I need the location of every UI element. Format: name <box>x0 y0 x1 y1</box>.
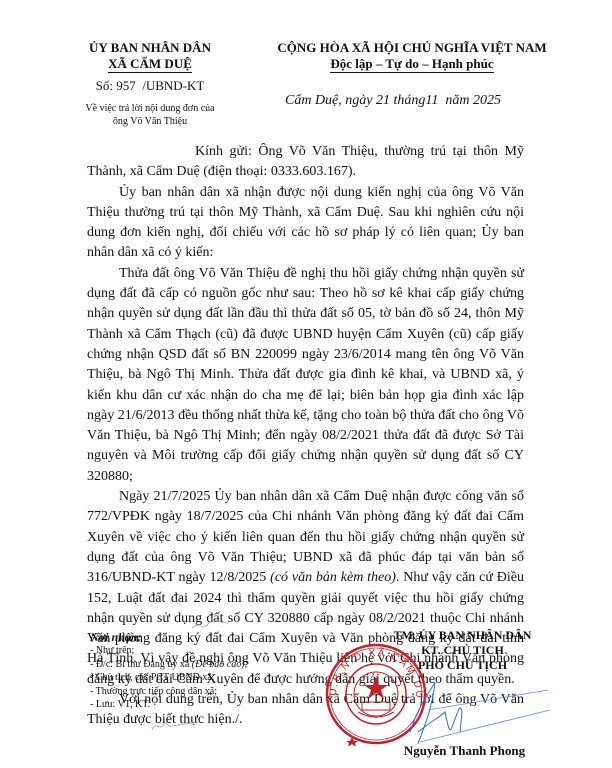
initial-mark-icon <box>150 718 200 734</box>
signature-on-behalf: TM. ỦY BAN NHÂN DÂN <box>360 628 565 643</box>
issuing-authority-header: ỦY BAN NHÂN DÂN XÃ CẨM DUỆ Số: 957 /UBND… <box>55 40 245 128</box>
recipients-block: Nơi nhận: - Như trên; - Đ/c: Bí thư Đảng… <box>90 630 310 712</box>
signature-title: PHÓ CHỦ TỊCH <box>360 658 565 673</box>
document-subject: Về việc trả lời nội dung đơn của ông Võ … <box>55 102 245 128</box>
handwritten-signature-icon <box>390 672 550 752</box>
document-number: Số: 957 /UBND-KT <box>55 78 245 94</box>
paragraph-intro: Ủy ban nhân dân xã nhận được nội dung ki… <box>87 183 524 264</box>
recipient-item: - Chủ tịch, các PCT UBND xã; <box>90 671 310 685</box>
recipients-title: Nơi nhận: <box>90 630 310 644</box>
recipient-item: - Như trên; <box>90 644 310 658</box>
commune-name: XÃ CẨM DUỆ <box>55 56 245 72</box>
addressee: Kính gửi: Ông Võ Văn Thiệu, thường trú t… <box>87 142 524 183</box>
national-header: CỘNG HÒA XÃ HỘI CHỦ NGHĨA VIỆT NAM Độc l… <box>262 40 562 72</box>
signer-name: Nguyễn Thanh Phong <box>367 743 562 759</box>
signature-deputy: KT. CHỦ TỊCH <box>360 643 565 658</box>
signature-block: TM. ỦY BAN NHÂN DÂN KT. CHỦ TỊCH PHÓ CHỦ… <box>360 628 565 673</box>
recipient-item: - Thường trực tiếp công dân xã; <box>90 685 310 699</box>
recipient-item: - Lưu: VT, KT. <box>90 698 310 712</box>
nation-title: CỘNG HÒA XÃ HỘI CHỦ NGHĨA VIỆT NAM <box>262 40 562 56</box>
paragraph-land-origin: Thửa đất ông Võ Văn Thiệu đề nghị thu hồ… <box>87 264 524 487</box>
authority-name: ỦY BAN NHÂN DÂN <box>55 40 245 56</box>
recipient-item: - Đ/c: Bí thư Đảng ủy xã (Để báo cáo); <box>90 658 310 672</box>
national-motto: Độc lập – Tự do – Hạnh phúc <box>262 56 562 72</box>
dateline: Cẩm Duệ, ngày 21 tháng11 năm 2025 <box>285 93 501 109</box>
